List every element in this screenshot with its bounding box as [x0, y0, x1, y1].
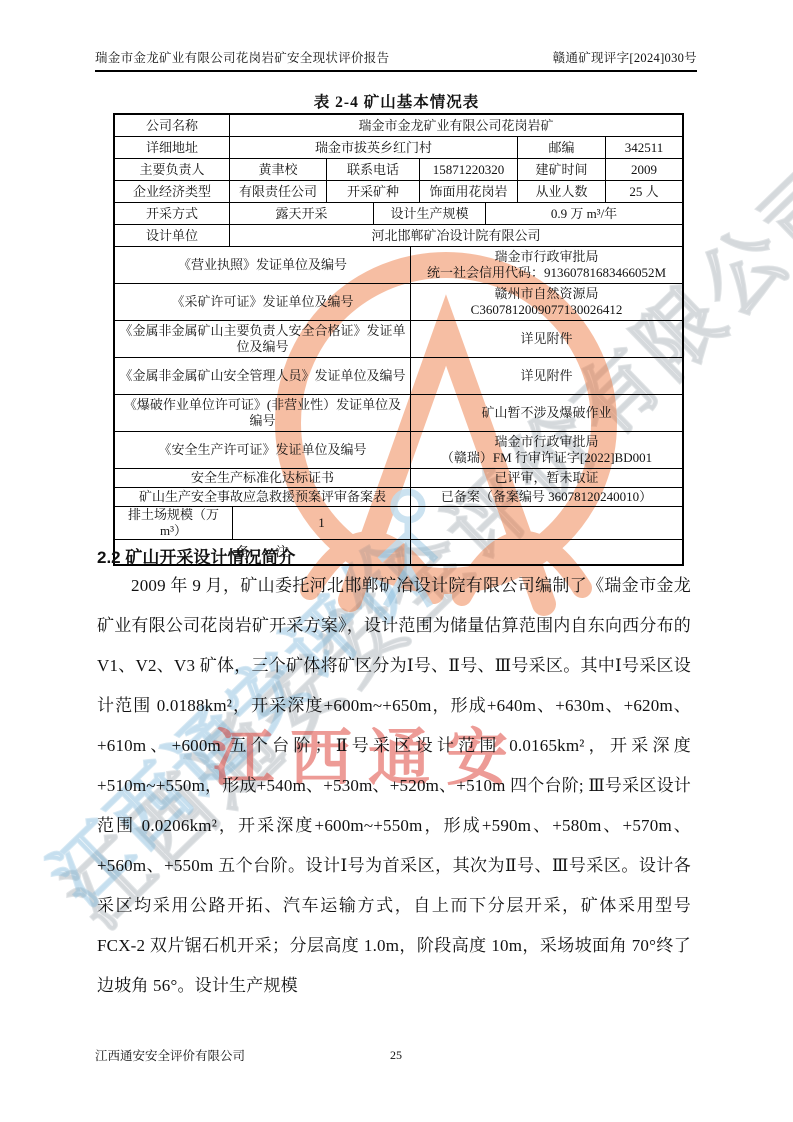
section-paragraph: 2009 年 9 月，矿山委托河北邯郸矿冶设计院有限公司编制了《瑞金市金龙矿业有…: [97, 566, 691, 1006]
header-rule: [95, 70, 697, 72]
table-cell: 主要负责人: [115, 159, 229, 180]
table-cell: 露天开采: [229, 203, 373, 224]
table-cell: 设计生产规模: [373, 203, 485, 224]
table-title: 表 2-4 矿山基本情况表: [0, 90, 793, 112]
table-cell: 矿山生产安全事故应急救援预案评审备案表: [115, 488, 410, 506]
table-row: 主要负责人黄聿校联系电话15871220320建矿时间2009: [115, 158, 682, 180]
table-cell: 详细地址: [115, 137, 229, 158]
table-cell: 建矿时间: [517, 159, 605, 180]
table-cell: 详见附件: [410, 321, 682, 357]
table-cell: 瑞金市拔英乡红门村: [229, 137, 517, 158]
table-cell: [410, 507, 682, 539]
table-cell: 有限责任公司: [229, 181, 326, 202]
table-cell: 从业人数: [517, 181, 605, 202]
report-page: 江西通安安全评价有限公司 江西通安评价 江西通安 瑞金市金龙矿业有限公司花岗岩矿…: [0, 0, 793, 1122]
table-row: 开采方式露天开采设计生产规模0.9 万 m³/年: [115, 202, 682, 224]
table-cell: 开采方式: [115, 203, 229, 224]
table-cell: 1: [232, 507, 410, 539]
table-cell: 《采矿许可证》发证单位及编号: [115, 284, 410, 320]
table-cell: 安全生产标准化达标证书: [115, 469, 410, 487]
table-cell: 联系电话: [326, 159, 419, 180]
table-cell: 瑞金市行政审批局 统一社会信用代码：91360781683466052M: [410, 247, 682, 283]
table-row: 《安全生产许可证》发证单位及编号瑞金市行政审批局 （赣瑞）FM 行审许证字[20…: [115, 431, 682, 468]
table-cell: 河北邯郸矿冶设计院有限公司: [229, 225, 682, 246]
table-cell: 开采矿种: [326, 181, 419, 202]
page-footer: 江西通安安全评价有限公司 25: [95, 1046, 697, 1064]
table-cell: 饰面用花岗岩: [419, 181, 517, 202]
table-row: 排土场规模（万 m³）1: [115, 506, 682, 539]
table-row: 《采矿许可证》发证单位及编号赣州市自然资源局 C3607812009077130…: [115, 283, 682, 320]
table-cell: 已评审，暂未取证: [410, 469, 682, 487]
table-cell: 排土场规模（万 m³）: [115, 507, 232, 539]
section-heading: 2.2 矿山开采设计情况简介: [97, 543, 691, 568]
header-report-title: 瑞金市金龙矿业有限公司花岗岩矿安全现状评价报告: [95, 48, 389, 66]
table-cell: 342511: [605, 137, 682, 158]
page-number: 25: [95, 1048, 697, 1063]
table-cell: 邮编: [517, 137, 605, 158]
table-row: 《爆破作业单位许可证》(非营业性）发证单位及编号矿山暂不涉及爆破作业: [115, 394, 682, 431]
table-cell: 25 人: [605, 181, 682, 202]
table-cell: 赣州市自然资源局 C3607812009077130026412: [410, 284, 682, 320]
table-row: 设计单位河北邯郸矿冶设计院有限公司: [115, 224, 682, 246]
table-cell: 瑞金市行政审批局 （赣瑞）FM 行审许证字[2022]BD001: [410, 432, 682, 468]
table-row: 公司名称瑞金市金龙矿业有限公司花岗岩矿: [115, 115, 682, 136]
table-row: 企业经济类型有限责任公司开采矿种饰面用花岗岩从业人数25 人: [115, 180, 682, 202]
table-row: 矿山生产安全事故应急救援预案评审备案表已备案（备案编号 360781202400…: [115, 487, 682, 506]
table-cell: 15871220320: [419, 159, 517, 180]
table-row: 《金属非金属矿山主要负责人安全合格证》发证单位及编号详见附件: [115, 320, 682, 357]
table-cell: 瑞金市金龙矿业有限公司花岗岩矿: [229, 115, 682, 136]
table-cell: 已备案（备案编号 36078120240010）: [410, 488, 682, 506]
basic-info-table: 公司名称瑞金市金龙矿业有限公司花岗岩矿详细地址瑞金市拔英乡红门村邮编342511…: [113, 113, 684, 566]
table-cell: 0.9 万 m³/年: [485, 203, 682, 224]
table-cell: 详见附件: [410, 358, 682, 394]
table-cell: 《金属非金属矿山主要负责人安全合格证》发证单位及编号: [115, 321, 410, 357]
table-row: 《金属非金属矿山安全管理人员》发证单位及编号详见附件: [115, 357, 682, 394]
table-cell: 《营业执照》发证单位及编号: [115, 247, 410, 283]
table-row: 安全生产标准化达标证书已评审，暂未取证: [115, 468, 682, 487]
table-cell: 《爆破作业单位许可证》(非营业性）发证单位及编号: [115, 395, 410, 431]
table-cell: 公司名称: [115, 115, 229, 136]
page-header: 瑞金市金龙矿业有限公司花岗岩矿安全现状评价报告 赣通矿现评字[2024]030号: [95, 48, 697, 66]
table-row: 《营业执照》发证单位及编号瑞金市行政审批局 统一社会信用代码：913607816…: [115, 246, 682, 283]
table-cell: 矿山暂不涉及爆破作业: [410, 395, 682, 431]
table-cell: 《安全生产许可证》发证单位及编号: [115, 432, 410, 468]
table-cell: 企业经济类型: [115, 181, 229, 202]
table-cell: 黄聿校: [229, 159, 326, 180]
table-cell: 2009: [605, 159, 682, 180]
table-cell: 设计单位: [115, 225, 229, 246]
table-cell: 《金属非金属矿山安全管理人员》发证单位及编号: [115, 358, 410, 394]
header-document-code: 赣通矿现评字[2024]030号: [553, 48, 697, 66]
table-row: 详细地址瑞金市拔英乡红门村邮编342511: [115, 136, 682, 158]
